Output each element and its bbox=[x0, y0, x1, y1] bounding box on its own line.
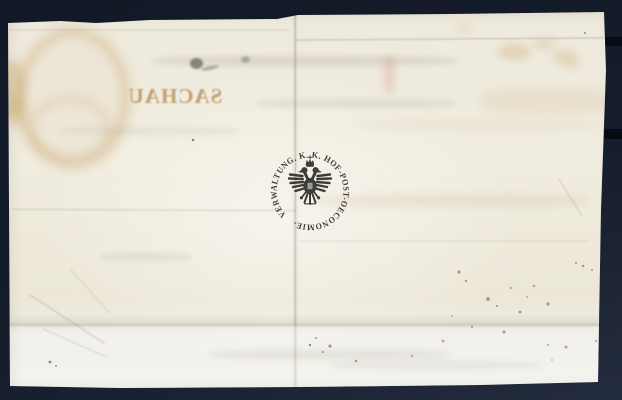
background-strip bbox=[604, 37, 622, 46]
background-strip bbox=[604, 129, 622, 139]
paper-edge-shading bbox=[0, 0, 622, 400]
document-paper: SACHAU VERWALTUNG. K. K. HOF-POST-OECONO… bbox=[0, 0, 622, 400]
photo-of-document-back: SACHAU VERWALTUNG. K. K. HOF-POST-OECONO… bbox=[0, 0, 622, 400]
